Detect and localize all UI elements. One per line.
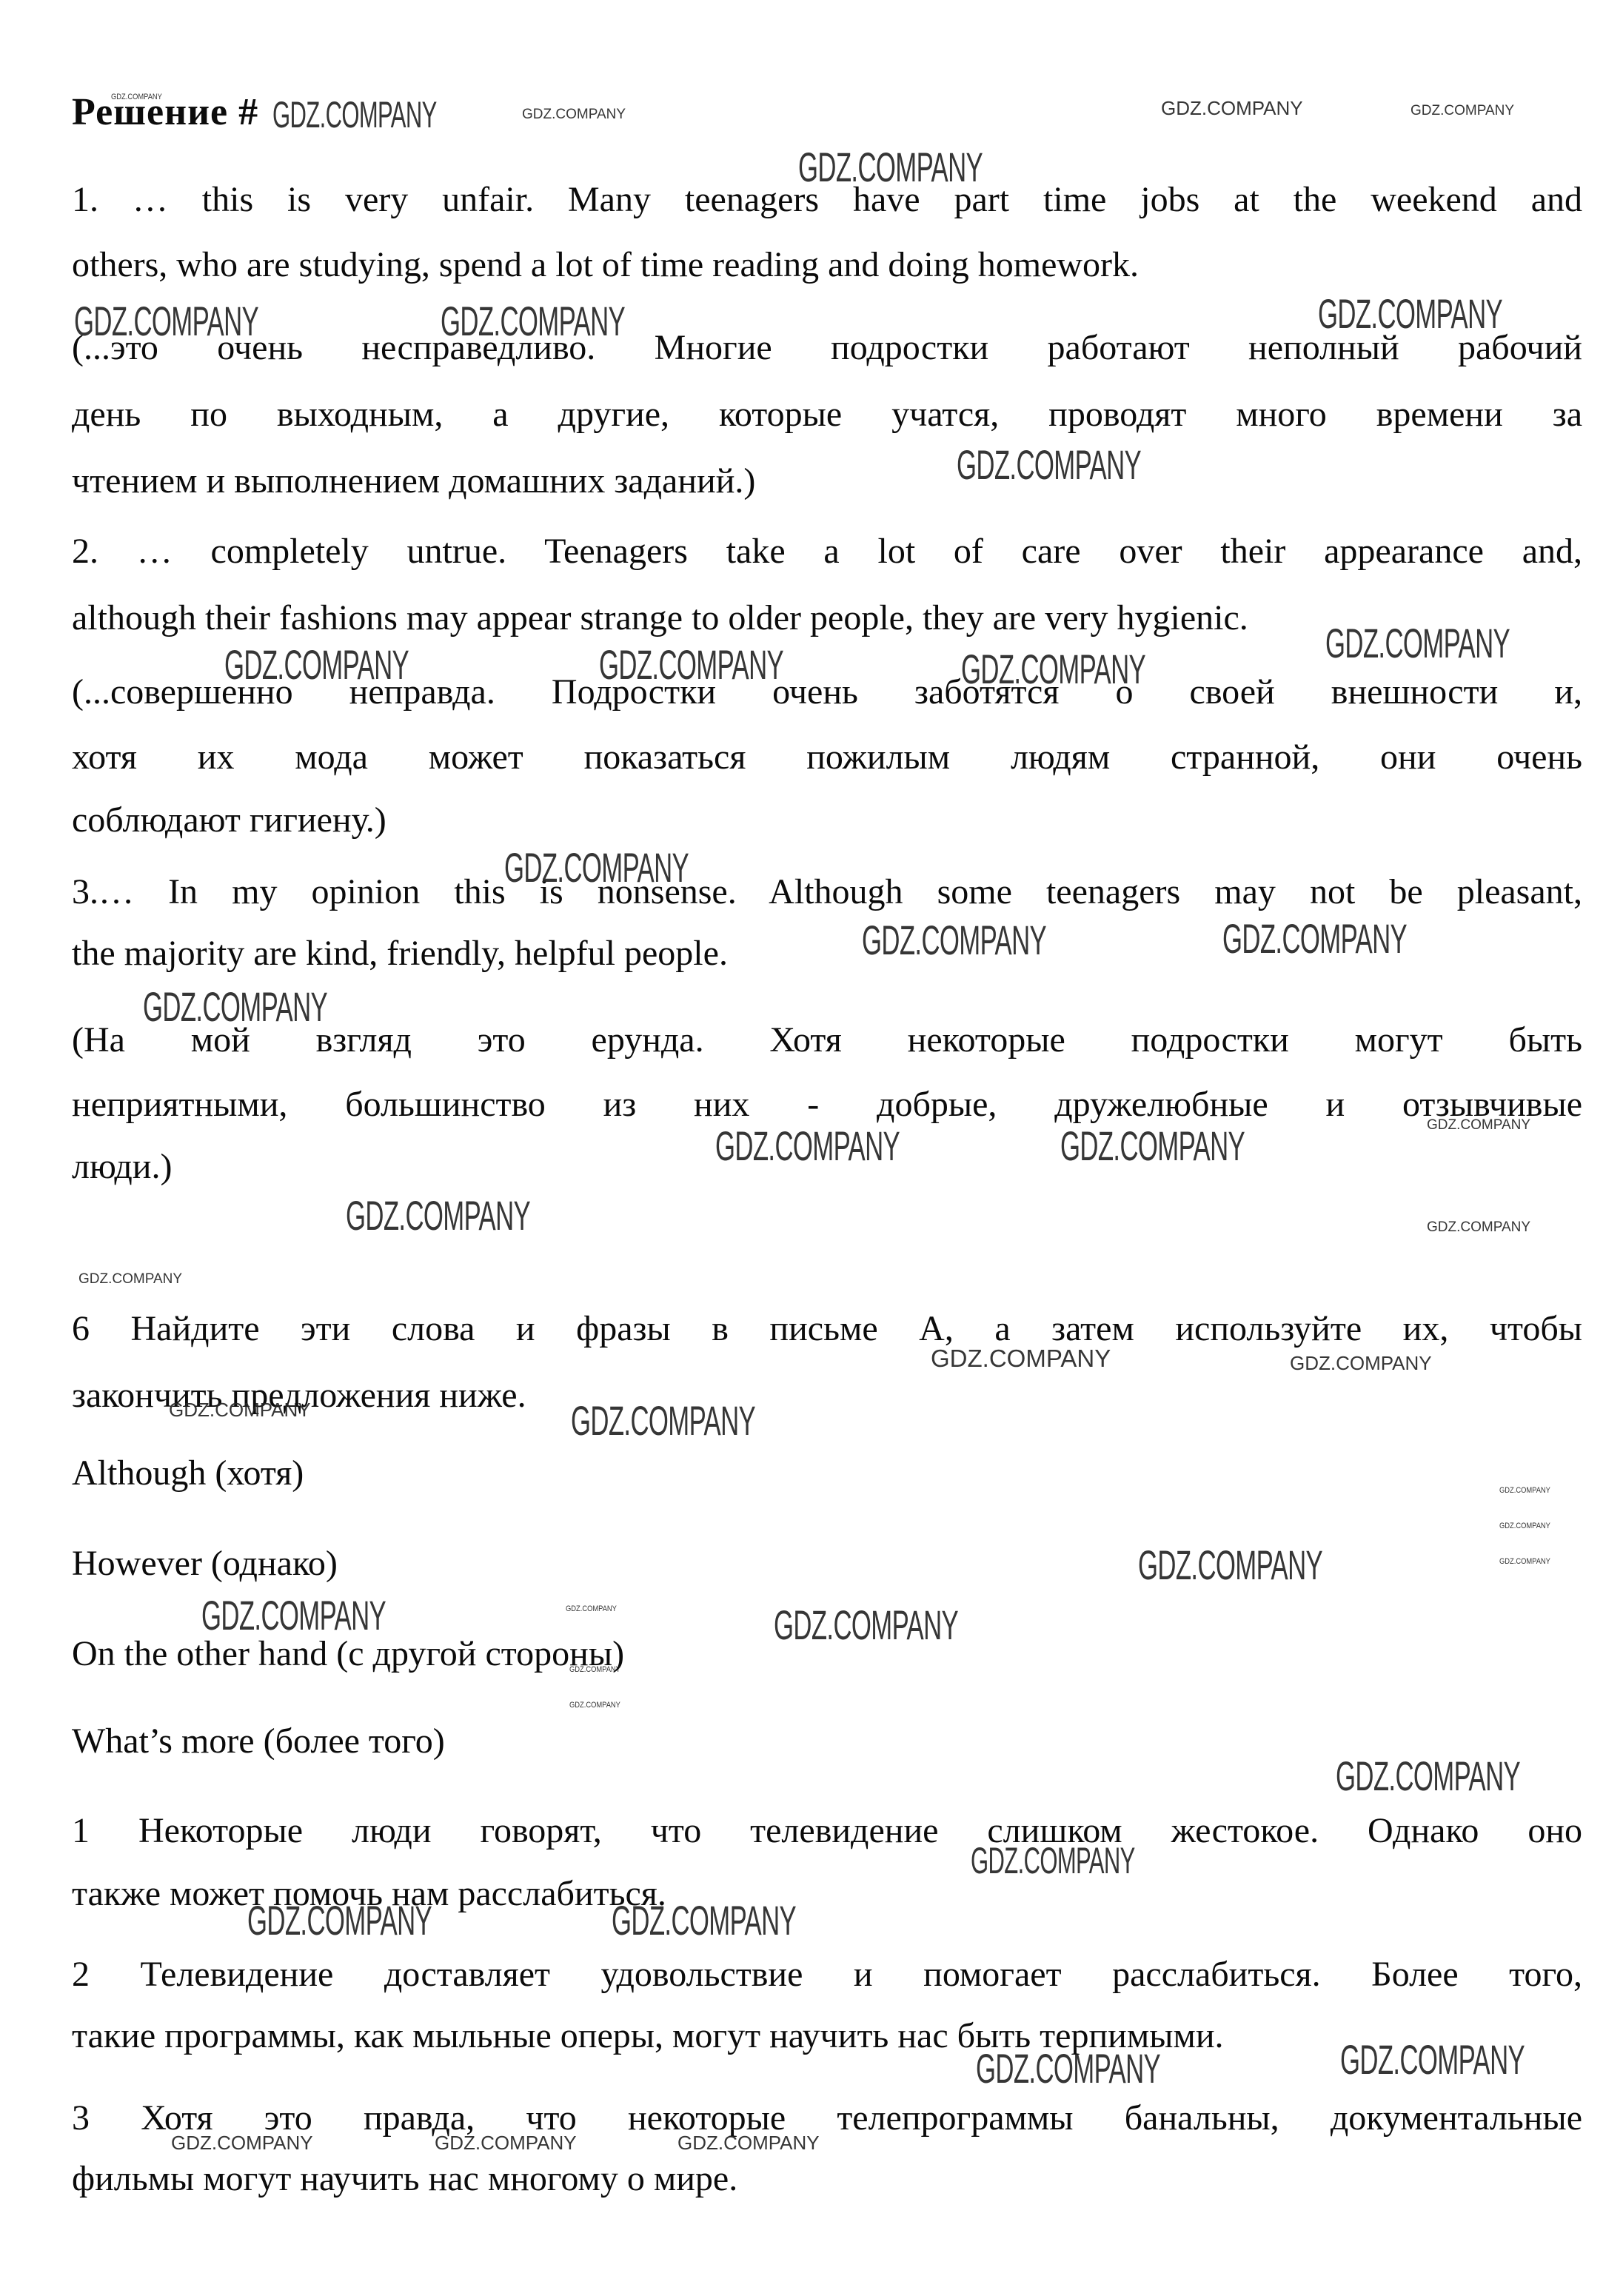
watermark: GDZ.COMPANY	[171, 2133, 313, 2152]
watermark: GDZ.COMPANY	[774, 1604, 958, 1646]
watermark: GDZ.COMPANY	[346, 1195, 530, 1236]
watermark: GDZ.COMPANY	[566, 1605, 617, 1613]
watermark: GDZ.COMPANY	[1325, 623, 1510, 664]
watermark: GDZ.COMPANY	[1290, 1353, 1432, 1373]
watermark: GDZ.COMPANY	[677, 2133, 820, 2152]
watermark: GDZ.COMPANY	[1318, 293, 1502, 335]
document-page: Решение # 1. … this is very unfair. Many…	[0, 0, 1623, 2296]
solution-1-en-line-2: others, who are studying, spend a lot of…	[72, 244, 1582, 287]
watermark: GDZ.COMPANY	[272, 96, 437, 133]
watermark: GDZ.COMPANY	[224, 644, 409, 686]
sentence-3-line-2: фильмы могут научить нас многому о мире.	[72, 2158, 1582, 2200]
watermark: GDZ.COMPANY	[715, 1125, 900, 1167]
watermark: GDZ.COMPANY	[169, 1400, 311, 1419]
sentence-2-line-1: 2 Телевидение доставляет удовольствие и …	[72, 1954, 1582, 1996]
task-6-line-1: 6 Найдите эти слова и фразы в письме А, …	[72, 1308, 1582, 1351]
solution-2-ru-line-2: хотя их мода может показаться пожилым лю…	[72, 737, 1582, 779]
watermark: GDZ.COMPANY	[435, 2133, 577, 2152]
watermark: GDZ.COMPANY	[1138, 1544, 1322, 1586]
watermark: GDZ.COMPANY	[78, 1272, 182, 1286]
solution-1-ru-line-2: день по выходным, а другие, которые учат…	[72, 394, 1582, 436]
watermark: GDZ.COMPANY	[1161, 98, 1303, 118]
phrase-however: However (однако)	[72, 1543, 1582, 1585]
phrase-although: Although (хотя)	[72, 1453, 1582, 1495]
solution-3-en-line-1: 3.… In my opinion this is nonsense. Alth…	[72, 871, 1582, 914]
watermark: GDZ.COMPANY	[957, 444, 1141, 486]
watermark: GDZ.COMPANY	[798, 147, 983, 188]
watermark: GDZ.COMPANY	[961, 649, 1145, 690]
watermark: GDZ.COMPANY	[931, 1346, 1111, 1370]
watermark: GDZ.COMPANY	[504, 847, 689, 888]
watermark: GDZ.COMPANY	[143, 986, 327, 1028]
watermark: GDZ.COMPANY	[862, 920, 1046, 961]
watermark: GDZ.COMPANY	[1499, 1487, 1550, 1495]
watermark: GDZ.COMPANY	[111, 93, 162, 101]
watermark: GDZ.COMPANY	[201, 1595, 386, 1636]
watermark: GDZ.COMPANY	[522, 107, 626, 121]
watermark: GDZ.COMPANY	[74, 301, 258, 342]
page-title: Решение #	[72, 90, 258, 134]
watermark: GDZ.COMPANY	[569, 1666, 620, 1674]
watermark: GDZ.COMPANY	[976, 2048, 1160, 2089]
watermark: GDZ.COMPANY	[441, 301, 625, 342]
watermark: GDZ.COMPANY	[1499, 1558, 1550, 1566]
solution-2-en-line-1: 2. … completely untrue. Teenagers take a…	[72, 531, 1582, 573]
watermark: GDZ.COMPANY	[971, 1842, 1135, 1879]
watermark: GDZ.COMPANY	[571, 1400, 755, 1442]
watermark: GDZ.COMPANY	[1060, 1125, 1245, 1167]
watermark: GDZ.COMPANY	[599, 644, 783, 686]
watermark: GDZ.COMPANY	[1410, 104, 1514, 118]
watermark: GDZ.COMPANY	[612, 1900, 796, 1941]
watermark: GDZ.COMPANY	[1427, 1118, 1530, 1132]
sentence-1-line-1: 1 Некоторые люди говорят, что телевидени…	[72, 1810, 1582, 1852]
solution-2-ru-line-3: соблюдают гигиену.)	[72, 800, 1582, 842]
watermark: GDZ.COMPANY	[247, 1900, 432, 1941]
watermark: GDZ.COMPANY	[569, 1701, 620, 1710]
watermark: GDZ.COMPANY	[1336, 1756, 1520, 1797]
watermark: GDZ.COMPANY	[1222, 918, 1407, 960]
watermark: GDZ.COMPANY	[1427, 1220, 1530, 1234]
watermark: GDZ.COMPANY	[1499, 1522, 1550, 1530]
solution-1-ru-line-3: чтением и выполнением домашних заданий.)	[72, 461, 1582, 503]
solution-3-ru-line-2: неприятными, большинство из них - добрые…	[72, 1084, 1582, 1126]
watermark: GDZ.COMPANY	[1340, 2039, 1525, 2081]
